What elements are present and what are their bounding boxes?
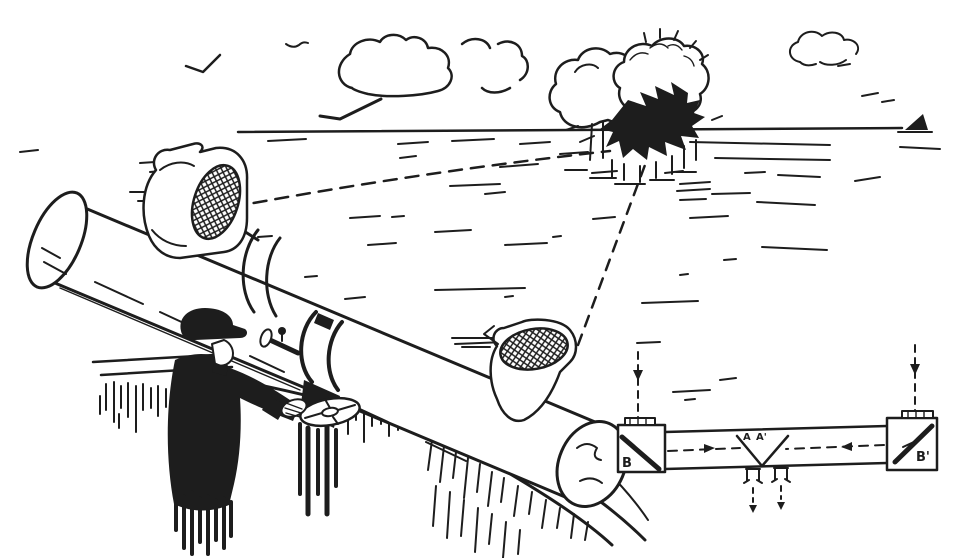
sky — [186, 32, 894, 119]
shell-splash — [550, 29, 722, 184]
schematic-eyepieces — [744, 468, 790, 513]
label-mirror-B: B — [622, 456, 632, 471]
schematic-tube-body — [665, 426, 887, 469]
mirror-box-left: B — [618, 418, 665, 472]
cloud-left — [339, 35, 528, 96]
sight-line-right-window — [578, 165, 645, 345]
label-prism-A: A — [743, 432, 751, 443]
distant-ship — [898, 114, 932, 132]
rangefinder — [15, 143, 640, 517]
parapet-hatching-left — [100, 382, 172, 432]
mirror-box-right: B' — [887, 411, 937, 470]
rangefinder-illustration: B B' A A' — [0, 0, 970, 558]
illustration-canvas: B B' A A' — [0, 0, 970, 558]
label-prism-A-prime: A' — [756, 432, 767, 443]
optical-schematic: B B' A A' — [618, 345, 937, 513]
label-mirror-B-prime: B' — [916, 450, 930, 465]
splash-reflection — [565, 170, 696, 184]
pedestal — [300, 424, 336, 514]
operator-face — [212, 340, 233, 366]
bird-icon — [186, 42, 894, 119]
cloud-right — [790, 32, 858, 66]
sight-line-left-window — [232, 151, 610, 207]
